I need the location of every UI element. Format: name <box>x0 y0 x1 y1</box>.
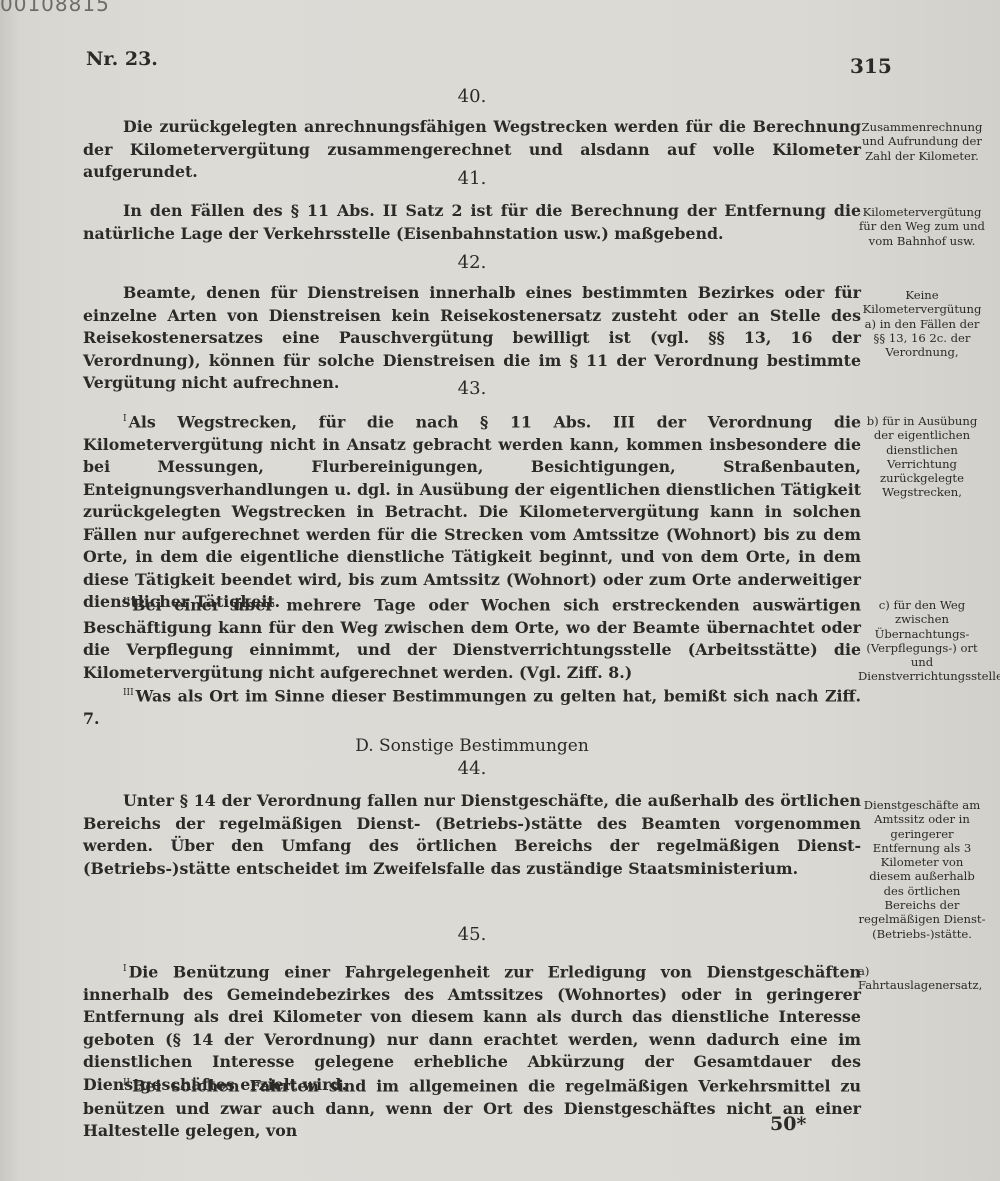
section-45-para-2: IIBei solchen Fahrten sind im allgemeine… <box>83 1072 861 1143</box>
section-41-text: In den Fällen des § 11 Abs. II Satz 2 is… <box>83 200 861 245</box>
section-number-41: 41. <box>432 168 512 189</box>
margin-note-40: Zusammenrechnung und Aufrundung der Zahl… <box>858 120 986 163</box>
document-page: 00108815 Nr. 23. 315 40. Die zurückgeleg… <box>0 0 1000 1181</box>
section-heading-d: D. Sonstige Bestimmungen <box>83 736 861 756</box>
section-43-para-3: IIIWas als Ort im Sinne dieser Bestimmun… <box>83 682 861 730</box>
para-mark: II <box>123 1078 130 1088</box>
section-43-para-2: IIBei einer über mehrere Tage oder Woche… <box>83 591 861 684</box>
margin-note-44: Dienstgeschäfte am Amtssitz oder in geri… <box>858 798 986 941</box>
margin-note-41: Kilometervergütung für den Weg zum und v… <box>858 205 986 248</box>
section-number-45: 45. <box>432 924 512 945</box>
margin-note-42: Keine Kilometervergütung a) in den Fälle… <box>858 288 986 359</box>
margin-note-45: a) Fahrtauslagenersatz, <box>858 964 986 993</box>
section-44-text: Unter § 14 der Verordnung fallen nur Die… <box>83 790 861 880</box>
margin-note-43c: c) für den Weg zwischen Übernachtungs- (… <box>858 598 986 684</box>
signature-mark: 50* <box>770 1113 806 1135</box>
margin-note-43b: b) für in Ausübung der eigentlichen dien… <box>858 414 986 500</box>
page-number: 315 <box>850 54 892 78</box>
para-mark: II <box>123 597 130 607</box>
para-mark: III <box>123 688 134 698</box>
issue-number: Nr. 23. <box>86 48 158 70</box>
section-43-para-1: IAls Wegstrecken, für die nach § 11 Abs.… <box>83 408 861 614</box>
section-number-43: 43. <box>432 378 512 399</box>
scan-id: 00108815 <box>0 0 110 16</box>
para-mark: I <box>123 964 127 974</box>
section-number-40: 40. <box>432 86 512 107</box>
para-mark: I <box>123 414 127 424</box>
section-number-44: 44. <box>432 758 512 779</box>
section-number-42: 42. <box>432 252 512 273</box>
